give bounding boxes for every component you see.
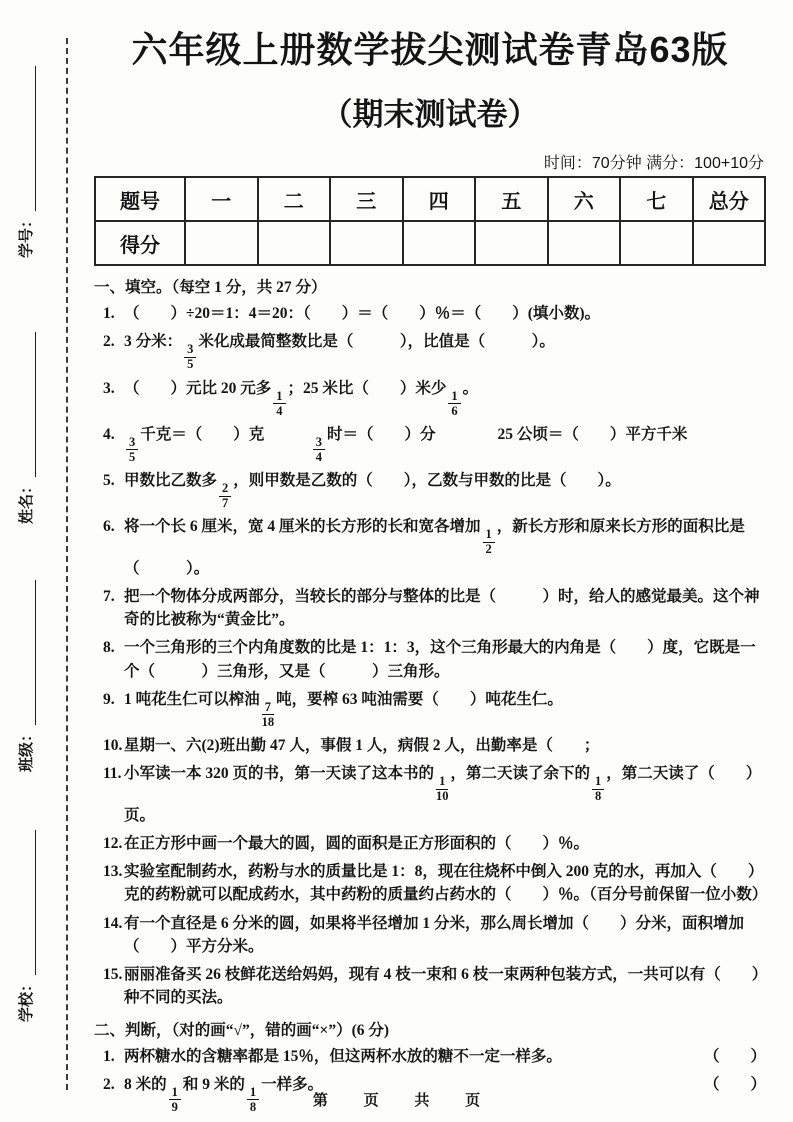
question-text-segment: 一个三角形的三个内角度数的比是 1：1：3，这个三角形最大的内角是（ ）度，它既…	[124, 639, 756, 679]
question-text: 有一个直径是 6 分米的圆，如果将半径增加 1 分米，那么周长增加（ ）分米，面…	[124, 912, 766, 959]
score-cell	[330, 221, 403, 265]
fraction-numerator: 7	[262, 701, 274, 716]
question-number: 2.	[94, 330, 124, 353]
score-table-score-row: 得分	[95, 221, 765, 265]
question-text-segment: 实验室配制药水，药粉与水的质量比是 1：8，现在往烧杯中倒入 200 克的水，再…	[124, 863, 767, 903]
score-label-cell: 得分	[95, 221, 185, 265]
question-text-segment: 1 吨花生仁可以榨油	[124, 691, 260, 708]
question-row: 3.（ ）元比 20 元多14；25 米比（ ）米少16。	[94, 377, 766, 418]
score-cell	[403, 221, 476, 265]
question-number: 13.	[94, 860, 124, 883]
question-row: 6.将一个长 6 厘米，宽 4 厘米的长方形的长和宽各增加12，新长方形和原来长…	[94, 515, 766, 580]
answer-blank: （ ）	[704, 1045, 766, 1068]
question-text-segment: 小军读一本 320 页的书，第一天读了这本书的	[124, 765, 434, 782]
name-label: 姓名：	[15, 479, 36, 524]
question-row: 15.丽丽准备买 26 枝鲜花送给妈妈，现有 4 枝一束和 6 枝一束两种包装方…	[94, 963, 766, 1010]
score-table-header-row: 题号 一 二 三 四 五 六 七 总分	[95, 177, 765, 221]
sidebar-field-student-id: 学号：	[10, 66, 36, 258]
question-text-segment: 米化成最简整数比是（ ），比值是（ ）。	[198, 333, 555, 350]
fraction-numerator: 3	[126, 436, 138, 451]
question-number: 7.	[94, 585, 124, 608]
fraction-numerator: 1	[592, 775, 604, 790]
score-col-4: 四	[403, 177, 476, 221]
question-row: 14.有一个直径是 6 分米的圆，如果将半径增加 1 分米，那么周长增加（ ）分…	[94, 912, 766, 959]
section-heading: 二、判断，（对的画“√”，错的画“×”）(6 分)	[94, 1018, 766, 1040]
score-table: 题号 一 二 三 四 五 六 七 总分 得分	[94, 176, 766, 266]
question-number: 3.	[94, 377, 124, 400]
question-row: 4.35千克＝（ ）克 34时＝（ ）分 25 公顷＝（ ）平方千米	[94, 423, 766, 464]
fraction-denominator: 18	[262, 715, 275, 729]
question-number: 8.	[94, 636, 124, 659]
page-subtitle: （期末测试卷）	[94, 89, 766, 134]
question-text: 甲数比乙数多27，则甲数是乙数的（ ），乙数与甲数的比是（ ）。	[124, 469, 766, 510]
question-row: 13.实验室配制药水，药粉与水的质量比是 1：8，现在往烧杯中倒入 200 克的…	[94, 860, 766, 907]
question-text: （ ）÷20＝1：4＝20：（ ）＝（ ）％＝（ ）(填小数)。	[124, 302, 766, 325]
question-text: 两杯糖水的含糖率都是 15％，但这两杯水放的糖不一定一样多。	[124, 1045, 694, 1068]
fraction-numerator: 1	[448, 390, 460, 405]
question-text: （ ）元比 20 元多14；25 米比（ ）米少16。	[124, 377, 766, 418]
score-col-1: 一	[185, 177, 258, 221]
fraction-denominator: 7	[222, 497, 228, 511]
question-text: 把一个物体分成两部分，当较长的部分与整体的比是（ ）时，给人的感觉最美。这个神奇…	[124, 585, 766, 632]
question-text-segment: 星期一、六(2)班出勤 47 人，事假 1 人，病假 2 人，出勤率是（ ；	[124, 737, 599, 754]
sidebar-field-class: 班级：	[10, 580, 36, 772]
question-number: 4.	[94, 423, 124, 446]
question-row: 1.两杯糖水的含糖率都是 15％，但这两杯水放的糖不一定一样多。（ ）	[94, 1045, 766, 1068]
score-cell	[185, 221, 258, 265]
question-text-segment: （ ）÷20＝1：4＝20：（ ）＝（ ）％＝（ ）(填小数)。	[124, 305, 600, 322]
question-text: 35千克＝（ ）克 34时＝（ ）分 25 公顷＝（ ）平方千米	[124, 423, 766, 464]
questions-area: 一、填空。（每空 1 分，共 27 分）1.（ ）÷20＝1：4＝20：（ ）＝…	[94, 275, 766, 1114]
fraction: 27	[219, 482, 231, 510]
question-row: 11.小军读一本 320 页的书，第一天读了这本书的110，第二天读了余下的18…	[94, 762, 766, 827]
question-row: 1.（ ）÷20＝1：4＝20：（ ）＝（ ）％＝（ ）(填小数)。	[94, 302, 766, 325]
fraction-numerator: 1	[483, 528, 495, 543]
score-col-6: 六	[548, 177, 621, 221]
question-row: 8.一个三角形的三个内角度数的比是 1：1：3，这个三角形最大的内角是（ ）度，…	[94, 636, 766, 683]
question-number: 1.	[94, 1045, 124, 1068]
score-col-2: 二	[258, 177, 331, 221]
page-footer: 第 页 共 页	[0, 1089, 793, 1110]
score-cell	[548, 221, 621, 265]
paper-content: 六年级上册数学拔尖测试卷青岛63版 （期末测试卷） 时间：70分钟 满分：100…	[94, 16, 766, 1114]
question-text-segment: ，第二天读了余下的	[451, 765, 591, 782]
score-col-5: 五	[475, 177, 548, 221]
question-text: 在正方形中画一个最大的圆，圆的面积是正方形面积的（ ）％。	[124, 832, 766, 855]
fraction: 16	[448, 390, 460, 418]
fraction-denominator: 6	[451, 404, 457, 418]
score-col-total: 总分	[693, 177, 766, 221]
question-number: 12.	[94, 832, 124, 855]
question-text-segment: 丽丽准备买 26 枝鲜花送给妈妈，现有 4 枝一束和 6 枝一束两种包装方式，一…	[124, 966, 760, 1006]
class-label: 班级：	[15, 727, 36, 772]
fraction-numerator: 3	[313, 436, 325, 451]
question-row: 10.星期一、六(2)班出勤 47 人，事假 1 人，病假 2 人，出勤率是（ …	[94, 734, 766, 757]
question-text-segment: 千克＝（ ）克	[140, 426, 311, 443]
fraction-numerator: 2	[219, 482, 231, 497]
fraction: 35	[126, 436, 138, 464]
question-text-segment: 甲数比乙数多	[124, 472, 217, 489]
question-row: 9.1 吨花生仁可以榨油718吨，要榨 63 吨油需要（ ）吨花生仁。	[94, 688, 766, 729]
student-id-blank-line	[21, 66, 36, 211]
fraction-denominator: 5	[187, 358, 193, 372]
score-col-7: 七	[620, 177, 693, 221]
name-blank-line	[21, 332, 36, 477]
question-number-header: 题号	[95, 177, 185, 221]
question-text-segment: 时＝（ ）分 25 公顷＝（ ）平方千米	[327, 426, 687, 443]
question-number: 9.	[94, 688, 124, 711]
page-title: 六年级上册数学拔尖测试卷青岛63版	[94, 22, 766, 73]
question-text-segment: 两杯糖水的含糖率都是 15％，但这两杯水放的糖不一定一样多。	[124, 1048, 562, 1065]
question-text-segment: ；25 米比（ ）米少	[288, 380, 447, 397]
question-text-segment: 有一个直径是 6 分米的圆，如果将半径增加 1 分米，那么周长增加（ ）分米，面…	[124, 915, 744, 955]
fraction: 110	[436, 775, 449, 803]
question-text: 丽丽准备买 26 枝鲜花送给妈妈，现有 4 枝一束和 6 枝一束两种包装方式，一…	[124, 963, 766, 1010]
fraction-denominator: 2	[486, 543, 492, 557]
question-number: 14.	[94, 912, 124, 935]
question-text: 实验室配制药水，药粉与水的质量比是 1：8，现在往烧杯中倒入 200 克的水，再…	[124, 860, 766, 907]
score-cell	[693, 221, 766, 265]
score-col-3: 三	[330, 177, 403, 221]
fraction: 12	[483, 528, 495, 556]
question-text-segment: 3 分米：	[124, 333, 182, 350]
fraction: 34	[313, 436, 325, 464]
question-text-segment: 在正方形中画一个最大的圆，圆的面积是正方形面积的（ ）％。	[124, 835, 589, 852]
question-text-segment: 将一个长 6 厘米，宽 4 厘米的长方形的长和宽各增加	[124, 518, 481, 535]
question-number: 6.	[94, 515, 124, 538]
question-row: 7.把一个物体分成两部分，当较长的部分与整体的比是（ ）时，给人的感觉最美。这个…	[94, 585, 766, 632]
fraction-denominator: 8	[595, 790, 601, 804]
score-cell	[475, 221, 548, 265]
test-paper-page: 学号： 姓名： 班级： 学校： 六年级上册数学拔尖测试卷青岛63版 （期末测试卷…	[0, 0, 793, 1122]
question-text-segment: ，则甲数是乙数的（ ），乙数与甲数的比是（ ）。	[233, 472, 621, 489]
fraction: 18	[592, 775, 604, 803]
question-text-segment: （ ）元比 20 元多	[124, 380, 271, 397]
sidebar-field-name: 姓名：	[10, 332, 36, 524]
fraction-denominator: 10	[436, 790, 449, 804]
fraction-denominator: 4	[316, 450, 322, 464]
question-row: 12.在正方形中画一个最大的圆，圆的面积是正方形面积的（ ）％。	[94, 832, 766, 855]
fraction-numerator: 3	[184, 343, 196, 358]
fraction-denominator: 4	[276, 404, 282, 418]
fraction: 718	[262, 701, 275, 729]
exam-meta: 时间：70分钟 满分：100+10分	[94, 150, 764, 173]
fraction-numerator: 1	[273, 390, 285, 405]
sidebar-field-school: 学校：	[10, 830, 36, 1022]
school-blank-line	[21, 830, 36, 975]
fraction: 35	[184, 343, 196, 371]
question-text: 3 分米：35米化成最简整数比是（ ），比值是（ ）。	[124, 330, 766, 371]
section-heading: 一、填空。（每空 1 分，共 27 分）	[94, 275, 766, 297]
question-text-segment: 吨，要榨 63 吨油需要（ ）吨花生仁。	[276, 691, 563, 708]
fraction: 14	[273, 390, 285, 418]
question-number: 5.	[94, 469, 124, 492]
question-text: 将一个长 6 厘米，宽 4 厘米的长方形的长和宽各增加12，新长方形和原来长方形…	[124, 515, 766, 580]
class-blank-line	[21, 580, 36, 725]
margin-dashed-divider	[66, 38, 68, 1090]
question-number: 15.	[94, 963, 124, 986]
question-text-segment: 。	[463, 380, 479, 397]
question-text: 星期一、六(2)班出勤 47 人，事假 1 人，病假 2 人，出勤率是（ ；	[124, 734, 766, 757]
school-label: 学校：	[15, 977, 36, 1022]
question-text-segment: 把一个物体分成两部分，当较长的部分与整体的比是（ ）时，给人的感觉最美。这个神奇…	[124, 588, 760, 628]
question-text: 小军读一本 320 页的书，第一天读了这本书的110，第二天读了余下的18，第二…	[124, 762, 766, 827]
question-row: 2.3 分米：35米化成最简整数比是（ ），比值是（ ）。	[94, 330, 766, 371]
question-row: 5.甲数比乙数多27，则甲数是乙数的（ ），乙数与甲数的比是（ ）。	[94, 469, 766, 510]
student-id-label: 学号：	[15, 213, 36, 258]
score-cell	[258, 221, 331, 265]
score-cell	[620, 221, 693, 265]
question-number: 11.	[94, 762, 124, 785]
fraction-denominator: 5	[129, 450, 135, 464]
question-text: 一个三角形的三个内角度数的比是 1：1：3，这个三角形最大的内角是（ ）度，它既…	[124, 636, 766, 683]
question-number: 1.	[94, 302, 124, 325]
question-number: 10.	[94, 734, 124, 757]
question-text: 1 吨花生仁可以榨油718吨，要榨 63 吨油需要（ ）吨花生仁。	[124, 688, 766, 729]
fraction-numerator: 1	[436, 775, 448, 790]
